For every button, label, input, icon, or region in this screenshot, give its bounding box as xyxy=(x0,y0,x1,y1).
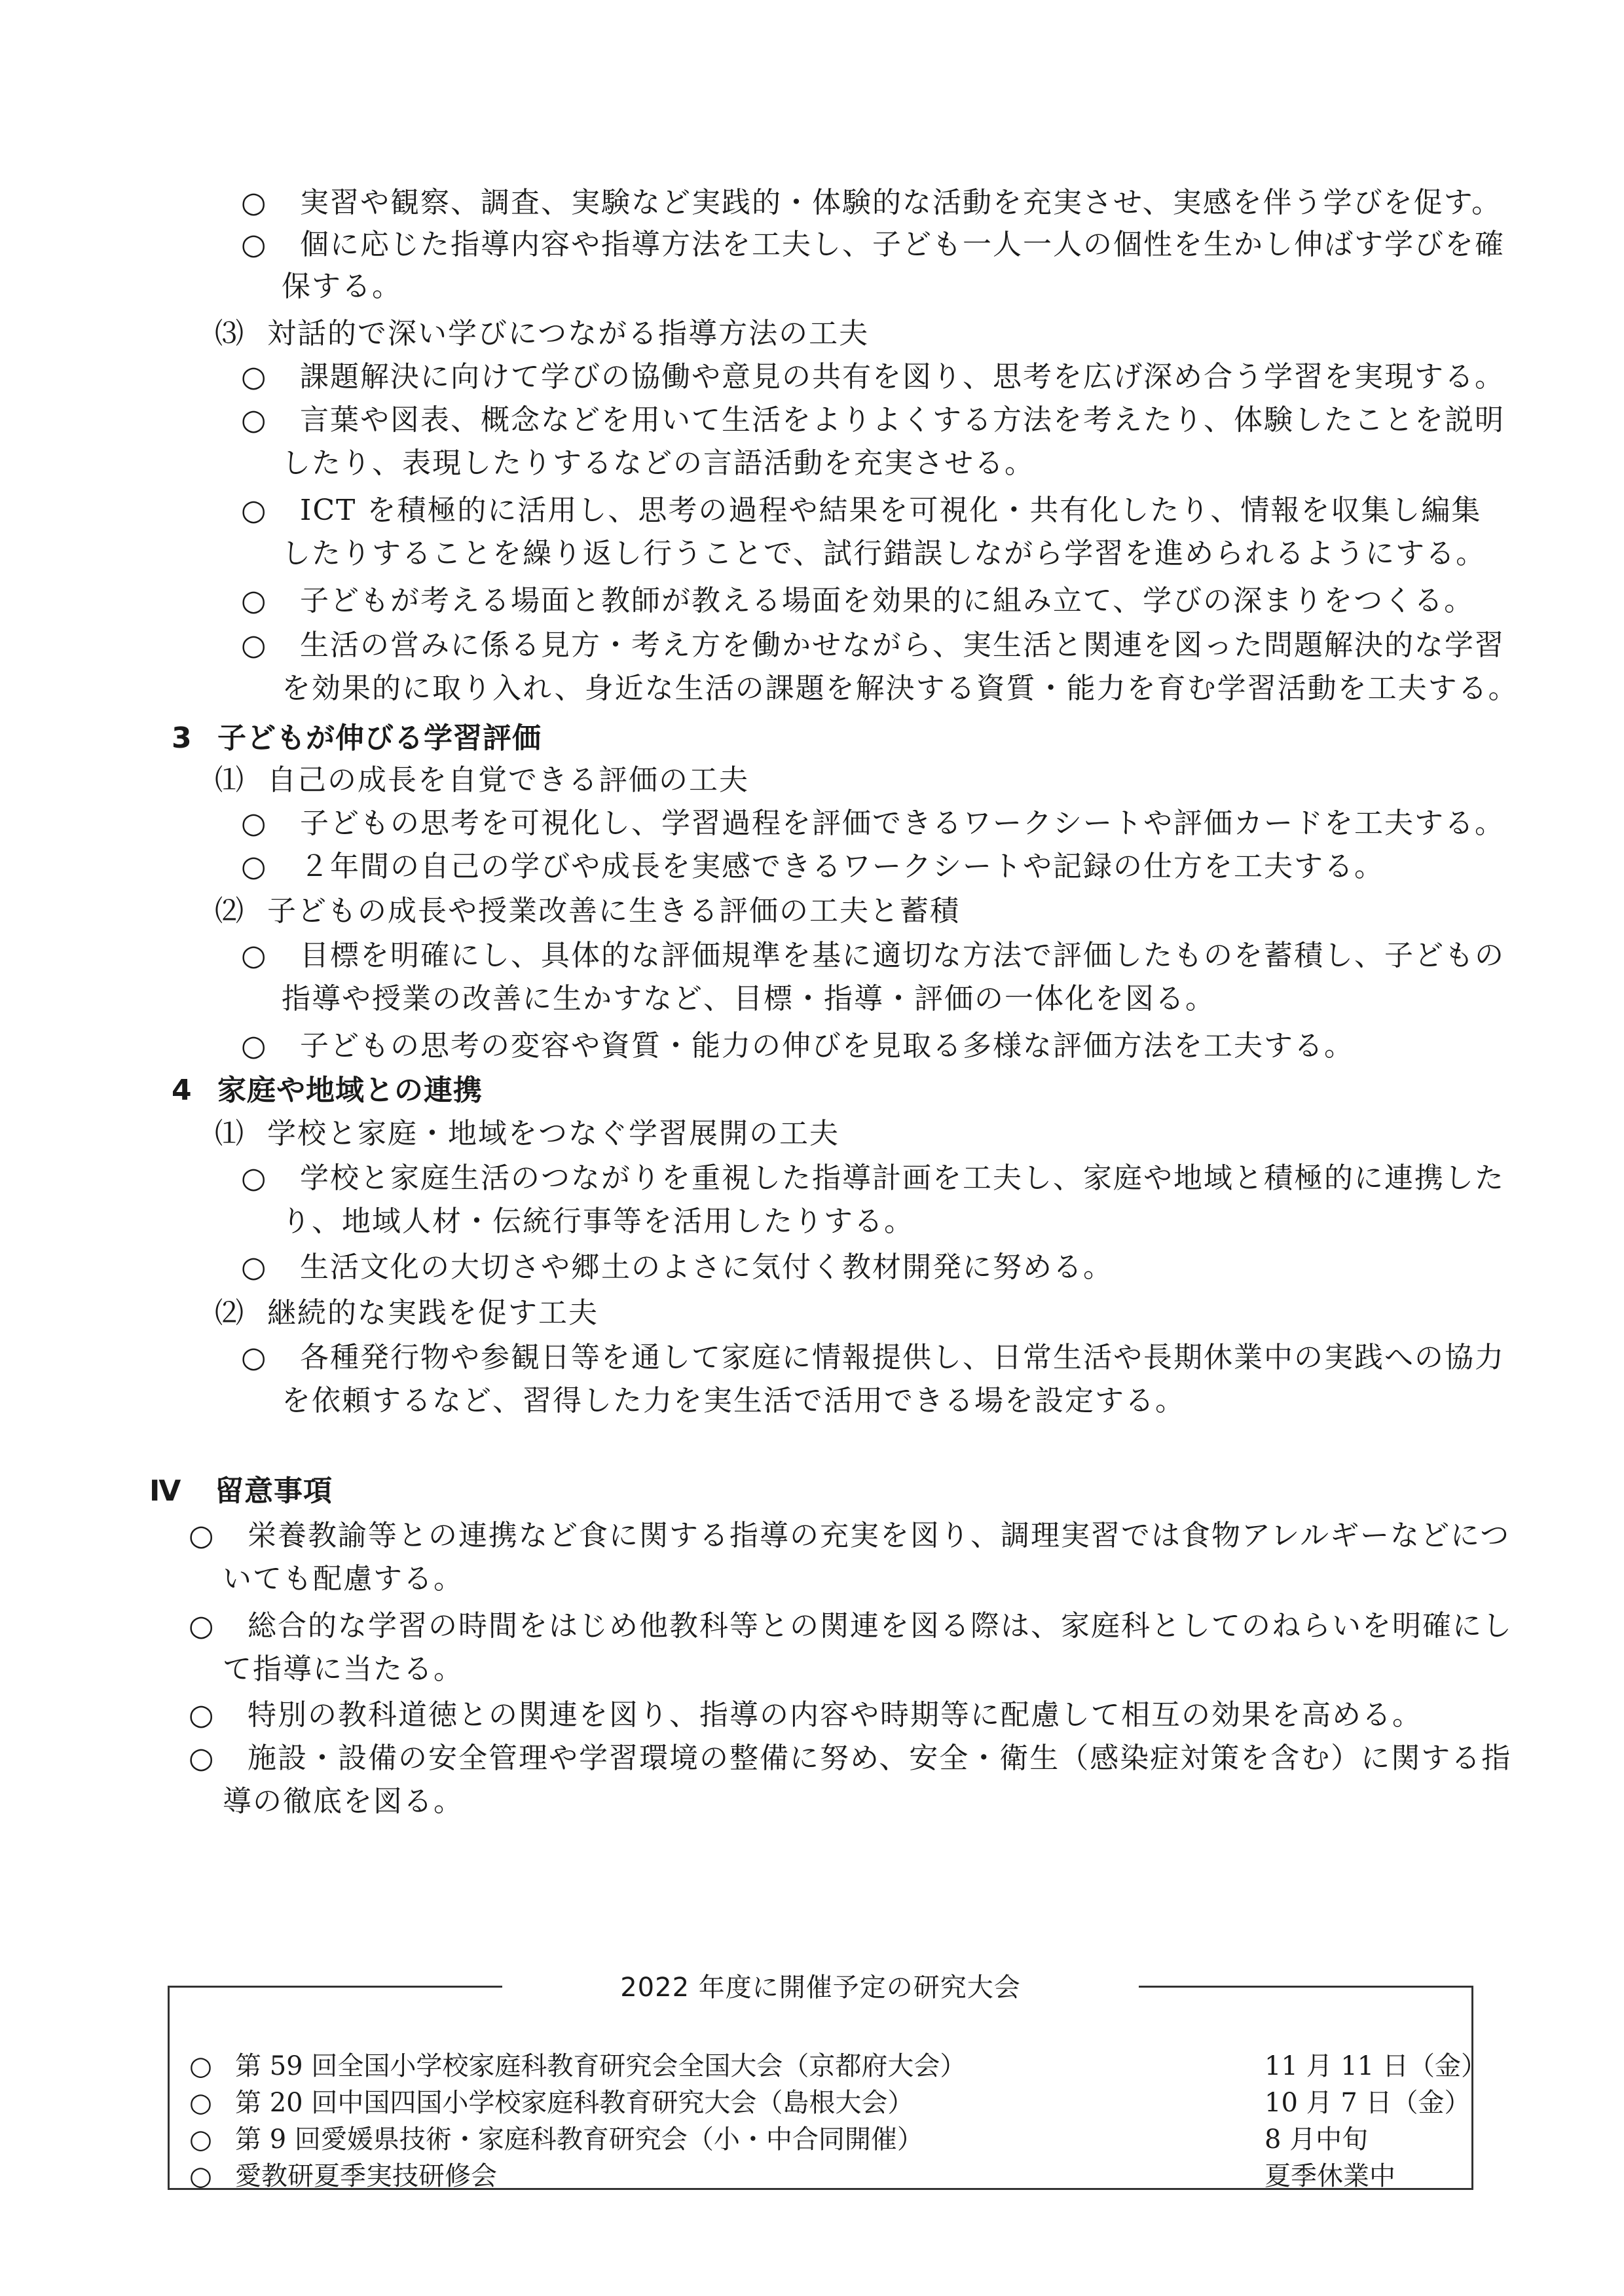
subsection-heading: ⑵子どもの成長や授業改善に生きる評価の工夫と蓄積 xyxy=(215,892,960,931)
circle-bullet-icon: ○ xyxy=(189,2048,235,2085)
circle-bullet-icon: ○ xyxy=(241,626,300,665)
list-item-continuation: したり、表現したりするなどの言語活動を充実させる。 xyxy=(282,444,1035,483)
list-item: ○実習や観察、調査、実験など実践的・体験的な活動を充実させ、実感を伴う学びを促す… xyxy=(241,183,1502,223)
section-heading: 3子どもが伸びる学習評価 xyxy=(172,719,542,758)
circle-bullet-icon: ○ xyxy=(241,936,300,975)
circle-bullet-icon: ○ xyxy=(189,1739,248,1778)
list-item: ○総合的な学習の時間をはじめ他教科等との関連を図る際は、家庭科としてのねらいを明… xyxy=(189,1607,1513,1646)
list-item: ○課題解決に向けて学びの協働や意見の共有を図り、思考を広げ深め合う学習を実現する… xyxy=(241,357,1505,397)
circle-bullet-icon: ○ xyxy=(241,491,300,530)
document-page: ○実習や観察、調査、実験など実践的・体験的な活動を充実させ、実感を伴う学びを促す… xyxy=(0,0,1624,2296)
list-item-continuation: 導の徹底を図る。 xyxy=(223,1782,464,1821)
list-item-continuation: 指導や授業の改善に生かすなど、目標・指導・評価の一体化を図る。 xyxy=(282,979,1215,1019)
list-item-continuation: て指導に当たる。 xyxy=(223,1650,464,1689)
circle-bullet-icon: ○ xyxy=(241,1338,300,1377)
events-box-title: 2022 年度に開催予定の研究大会 xyxy=(502,1968,1139,2007)
event-date: 夏季休業中 xyxy=(1264,2158,1395,2195)
event-name: 愛教研夏季実技研修会 xyxy=(235,2161,497,2191)
list-item-continuation: したりすることを繰り返し行うことで、試行錯誤しながら学習を進められるようにする。 xyxy=(282,534,1486,574)
circle-bullet-icon: ○ xyxy=(189,2158,235,2195)
list-item: ○子どもが考える場面と教師が教える場面を効果的に組み立て、学びの深まりをつくる。 xyxy=(241,581,1474,621)
circle-bullet-icon: ○ xyxy=(241,357,300,397)
circle-bullet-icon: ○ xyxy=(241,225,300,264)
circle-bullet-icon: ○ xyxy=(189,1607,248,1646)
subsection-heading: ⑴学校と家庭・地域をつなぐ学習展開の工夫 xyxy=(215,1114,840,1154)
circle-bullet-icon: ○ xyxy=(241,847,300,886)
circle-bullet-icon: ○ xyxy=(241,1027,300,1066)
event-name: 第 20 回中国四国小学校家庭科教育研究大会（島根大会） xyxy=(235,2088,913,2118)
list-item: ○学校と家庭生活のつながりを重視した指導計画を工夫し、家庭や地域と積極的に連携し… xyxy=(241,1159,1505,1198)
list-item-continuation: いても配慮する。 xyxy=(223,1559,464,1599)
list-item-continuation: 保する。 xyxy=(282,267,402,306)
circle-bullet-icon: ○ xyxy=(189,1696,248,1735)
event-date: 10 月 7 日（金） xyxy=(1264,2085,1471,2121)
circle-bullet-icon: ○ xyxy=(241,1248,300,1287)
list-item: ○各種発行物や参観日等を通して家庭に情報提供し、日常生活や長期休業中の実践への協… xyxy=(241,1338,1505,1377)
list-item: ○生活文化の大切さや郷土のよさに気付く教材開発に努める。 xyxy=(241,1248,1113,1287)
list-item-continuation: り、地域人材・伝統行事等を活用したりする。 xyxy=(282,1202,914,1241)
list-item: ○栄養教諭等との連携など食に関する指導の充実を図り、調理実習では食物アレルギーな… xyxy=(189,1516,1510,1556)
list-item: ○子どもの思考を可視化し、学習過程を評価できるワークシートや評価カードを工夫する… xyxy=(241,804,1505,843)
events-box: 2022 年度に開催予定の研究大会 ○第 59 回全国小学校家庭科教育研究会全国… xyxy=(168,1986,1473,2190)
list-item: ○特別の教科道徳との関連を図り、指導の内容や時期等に配慮して相互の効果を高める。 xyxy=(189,1696,1422,1735)
chapter-heading: Ⅳ留意事項 xyxy=(149,1472,333,1511)
subsection-heading: ⑵継続的な実践を促す工夫 xyxy=(215,1294,599,1333)
list-item: ○子どもの思考の変容や資質・能力の伸びを見取る多様な評価方法を工夫する。 xyxy=(241,1027,1354,1066)
event-name: 第 9 回愛媛県技術・家庭科教育研究会（小・中合同開催） xyxy=(235,2124,923,2155)
circle-bullet-icon: ○ xyxy=(189,1516,248,1556)
list-item: ○２年間の自己の学びや成長を実感できるワークシートや記録の仕方を工夫する。 xyxy=(241,847,1384,886)
list-item: ○言葉や図表、概念などを用いて生活をよりよくする方法を考えたり、体験したことを説… xyxy=(241,401,1505,440)
list-item-continuation: を効果的に取り入れ、身近な生活の課題を解決する資質・能力を育む学習活動を工夫する… xyxy=(282,669,1519,708)
circle-bullet-icon: ○ xyxy=(241,581,300,621)
circle-bullet-icon: ○ xyxy=(189,2085,235,2121)
list-item: ○生活の営みに係る見方・考え方を働かせながら、実生活と関連を図った問題解決的な学… xyxy=(241,626,1505,665)
circle-bullet-icon: ○ xyxy=(241,401,300,440)
circle-bullet-icon: ○ xyxy=(241,804,300,843)
event-row: ○第 20 回中国四国小学校家庭科教育研究大会（島根大会） 10 月 7 日（金… xyxy=(189,2085,1452,2121)
event-name: 第 59 回全国小学校家庭科教育研究会全国大会（京都府大会） xyxy=(235,2051,966,2081)
list-item: ○個に応じた指導内容や指導方法を工夫し、子ども一人一人の個性を生かし伸ばす学びを… xyxy=(241,225,1505,264)
list-item: ○ICT を積極的に活用し、思考の過程や結果を可視化・共有化したり、情報を収集し… xyxy=(241,491,1481,530)
circle-bullet-icon: ○ xyxy=(189,2121,235,2158)
circle-bullet-icon: ○ xyxy=(241,1159,300,1198)
list-item: ○施設・設備の安全管理や学習環境の整備に努め、安全・衛生（感染症対策を含む）に関… xyxy=(189,1739,1511,1778)
event-row: ○第 9 回愛媛県技術・家庭科教育研究会（小・中合同開催） 8 月中旬 xyxy=(189,2121,1452,2158)
list-item: ○目標を明確にし、具体的な評価規準を基に適切な方法で評価したものを蓄積し、子ども… xyxy=(241,936,1505,975)
subsection-heading: ⑴自己の成長を自覚できる評価の工夫 xyxy=(215,761,749,800)
event-row: ○第 59 回全国小学校家庭科教育研究会全国大会（京都府大会） 11 月 11 … xyxy=(189,2048,1452,2085)
circle-bullet-icon: ○ xyxy=(241,183,300,223)
section-heading: 4家庭や地域との連携 xyxy=(172,1071,483,1110)
event-date: 8 月中旬 xyxy=(1264,2121,1368,2158)
list-item-continuation: を依頼するなど、習得した力を実生活で活用できる場を設定する。 xyxy=(282,1381,1185,1421)
event-row: ○愛教研夏季実技研修会 夏季休業中 xyxy=(189,2158,1452,2195)
subsection-heading: ⑶対話的で深い学びにつながる指導方法の工夫 xyxy=(215,314,869,354)
event-date: 11 月 11 日（金） xyxy=(1264,2048,1487,2085)
